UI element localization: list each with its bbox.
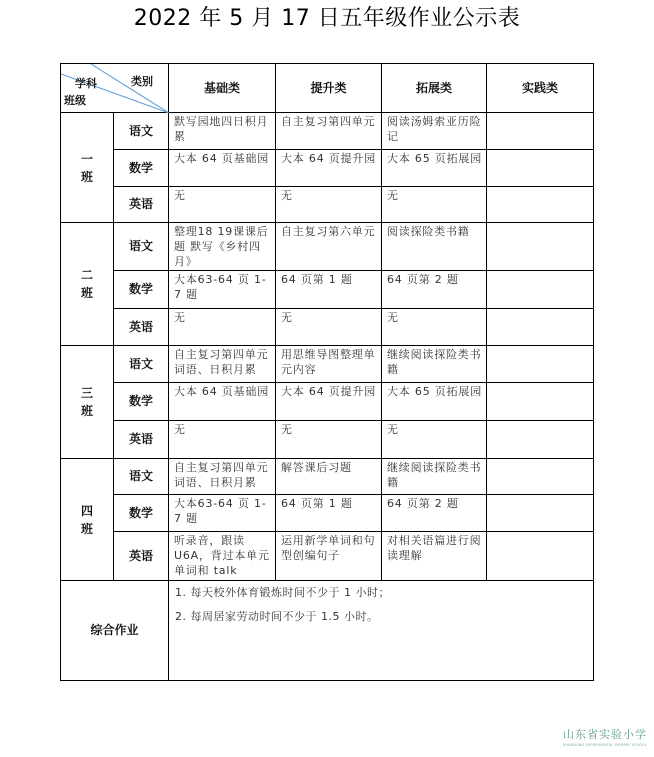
- homework-cell: 64 页第 2 题: [382, 495, 487, 532]
- column-header-advanced: 提升类: [276, 64, 382, 113]
- homework-cell: 自主复习第四单元词语、日积月累: [169, 459, 276, 495]
- homework-cell: 大本 65 页拓展园: [382, 150, 487, 187]
- homework-cell: 整理18 19课课后题 默写《乡村四月》: [169, 223, 276, 271]
- homework-cell: [487, 421, 594, 459]
- homework-cell: 运用新学单词和句型创编句子: [276, 532, 382, 581]
- table-row: 数学 大本 64 页基础园 大本 64 页提升园 大本 65 页拓展园: [61, 150, 594, 187]
- class-cell-3: 三 班: [61, 346, 114, 459]
- homework-table: 学科 类别 班级 基础类 提升类 拓展类 实践类 一 班 语文 默写园地四日积月…: [60, 63, 594, 681]
- class-corner-label: 班级: [64, 93, 86, 108]
- homework-cell: [487, 346, 594, 383]
- subject-cell: 数学: [114, 150, 169, 187]
- class-name-line2: 班: [61, 284, 113, 302]
- homework-cell: 无: [169, 421, 276, 459]
- homework-cell: 大本63-64 页 1-7 题: [169, 271, 276, 309]
- homework-cell: 继续阅读探险类书籍: [382, 346, 487, 383]
- class-name-line1: 三: [61, 384, 113, 402]
- subject-cell: 英语: [114, 532, 169, 581]
- subject-cell: 语文: [114, 113, 169, 150]
- subject-cell: 数学: [114, 495, 169, 532]
- summary-label: 综合作业: [61, 581, 169, 681]
- table-row: 英语 无 无 无: [61, 309, 594, 346]
- homework-cell: 听录音，跟读 U6A，背过本单元单词和 talk: [169, 532, 276, 581]
- homework-cell: 自主复习第四单元: [276, 113, 382, 150]
- homework-cell: 大本 65 页拓展园: [382, 383, 487, 421]
- summary-content: 1. 每天校外体育锻炼时间不少于 1 小时； 2. 每周居家劳动时间不少于 1.…: [169, 581, 594, 681]
- homework-cell: [487, 113, 594, 150]
- homework-cell: 无: [382, 421, 487, 459]
- school-logo: 山东省实验小学 SHANDONG EXPERIMENTAL PRIMARY SC…: [556, 728, 654, 748]
- homework-cell: 默写园地四日积月累: [169, 113, 276, 150]
- homework-cell: 继续阅读探险类书籍: [382, 459, 487, 495]
- table-row: 英语 无 无 无: [61, 187, 594, 223]
- summary-item: 1. 每天校外体育锻炼时间不少于 1 小时；: [175, 585, 587, 600]
- subject-cell: 语文: [114, 346, 169, 383]
- table-row: 英语 无 无 无: [61, 421, 594, 459]
- class-name-line1: 一: [61, 150, 113, 168]
- class-cell-4: 四 班: [61, 459, 114, 581]
- class-cell-1: 一 班: [61, 113, 114, 223]
- homework-cell: 64 页第 1 题: [276, 271, 382, 309]
- homework-cell: 阅读汤姆索亚历险记: [382, 113, 487, 150]
- homework-cell: 自主复习第四单元词语、日积月累: [169, 346, 276, 383]
- class-name-line2: 班: [61, 168, 113, 186]
- homework-cell: [487, 495, 594, 532]
- homework-cell: 无: [276, 187, 382, 223]
- class-name-line1: 四: [61, 502, 113, 520]
- column-header-practice: 实践类: [487, 64, 594, 113]
- table-row: 一 班 语文 默写园地四日积月累 自主复习第四单元 阅读汤姆索亚历险记: [61, 113, 594, 150]
- homework-cell: [487, 271, 594, 309]
- homework-cell: 无: [169, 309, 276, 346]
- summary-row: 综合作业 1. 每天校外体育锻炼时间不少于 1 小时； 2. 每周居家劳动时间不…: [61, 581, 594, 681]
- subject-cell: 语文: [114, 223, 169, 271]
- subject-cell: 英语: [114, 309, 169, 346]
- table-row: 数学 大本 64 页基础园 大本 64 页提升园 大本 65 页拓展园: [61, 383, 594, 421]
- homework-cell: 大本 64 页提升园: [276, 383, 382, 421]
- subject-cell: 英语: [114, 421, 169, 459]
- homework-cell: 无: [382, 187, 487, 223]
- category-corner-label: 类别: [131, 74, 153, 89]
- homework-cell: 64 页第 2 题: [382, 271, 487, 309]
- class-name-line2: 班: [61, 520, 113, 538]
- table-row: 三 班 语文 自主复习第四单元词语、日积月累 用思维导图整理单元内容 继续阅读探…: [61, 346, 594, 383]
- homework-cell: 大本 64 页基础园: [169, 150, 276, 187]
- table-row: 二 班 语文 整理18 19课课后题 默写《乡村四月》 自主复习第六单元 阅读探…: [61, 223, 594, 271]
- homework-cell: 解答课后习题: [276, 459, 382, 495]
- column-header-basic: 基础类: [169, 64, 276, 113]
- homework-cell: 无: [276, 421, 382, 459]
- homework-cell: [487, 309, 594, 346]
- homework-cell: 大本 64 页提升园: [276, 150, 382, 187]
- subject-cell: 语文: [114, 459, 169, 495]
- page-title: 2022 年 5 月 17 日五年级作业公示表: [0, 4, 654, 34]
- school-name-cn: 山东省实验小学: [556, 728, 654, 742]
- homework-cell: 无: [169, 187, 276, 223]
- homework-cell: 64 页第 1 题: [276, 495, 382, 532]
- homework-cell: 大本 64 页基础园: [169, 383, 276, 421]
- table-row: 数学 大本63-64 页 1-7 题 64 页第 1 题 64 页第 2 题: [61, 495, 594, 532]
- class-name-line2: 班: [61, 402, 113, 420]
- homework-cell: [487, 223, 594, 271]
- school-name-en: SHANDONG EXPERIMENTAL PRIMARY SCHOOL: [556, 742, 654, 748]
- homework-cell: 大本63-64 页 1-7 题: [169, 495, 276, 532]
- corner-header-cell: 学科 类别 班级: [61, 64, 169, 113]
- subject-cell: 数学: [114, 383, 169, 421]
- subject-cell: 英语: [114, 187, 169, 223]
- homework-cell: [487, 383, 594, 421]
- homework-cell: 无: [276, 309, 382, 346]
- class-name-line1: 二: [61, 266, 113, 284]
- homework-cell: [487, 187, 594, 223]
- table-row: 英语 听录音，跟读 U6A，背过本单元单词和 talk 运用新学单词和句型创编句…: [61, 532, 594, 581]
- table-row: 数学 大本63-64 页 1-7 题 64 页第 1 题 64 页第 2 题: [61, 271, 594, 309]
- class-cell-2: 二 班: [61, 223, 114, 346]
- homework-cell: [487, 459, 594, 495]
- table-row: 四 班 语文 自主复习第四单元词语、日积月累 解答课后习题 继续阅读探险类书籍: [61, 459, 594, 495]
- summary-item: 2. 每周居家劳动时间不少于 1.5 小时。: [175, 609, 587, 624]
- homework-cell: 用思维导图整理单元内容: [276, 346, 382, 383]
- homework-cell: 阅读探险类书籍: [382, 223, 487, 271]
- homework-cell: 自主复习第六单元: [276, 223, 382, 271]
- subject-corner-label: 学科: [75, 76, 97, 91]
- homework-cell: [487, 150, 594, 187]
- homework-cell: [487, 532, 594, 581]
- column-header-extension: 拓展类: [382, 64, 487, 113]
- subject-cell: 数学: [114, 271, 169, 309]
- homework-cell: 无: [382, 309, 487, 346]
- header-row: 学科 类别 班级 基础类 提升类 拓展类 实践类: [61, 64, 594, 113]
- homework-cell: 对相关语篇进行阅读理解: [382, 532, 487, 581]
